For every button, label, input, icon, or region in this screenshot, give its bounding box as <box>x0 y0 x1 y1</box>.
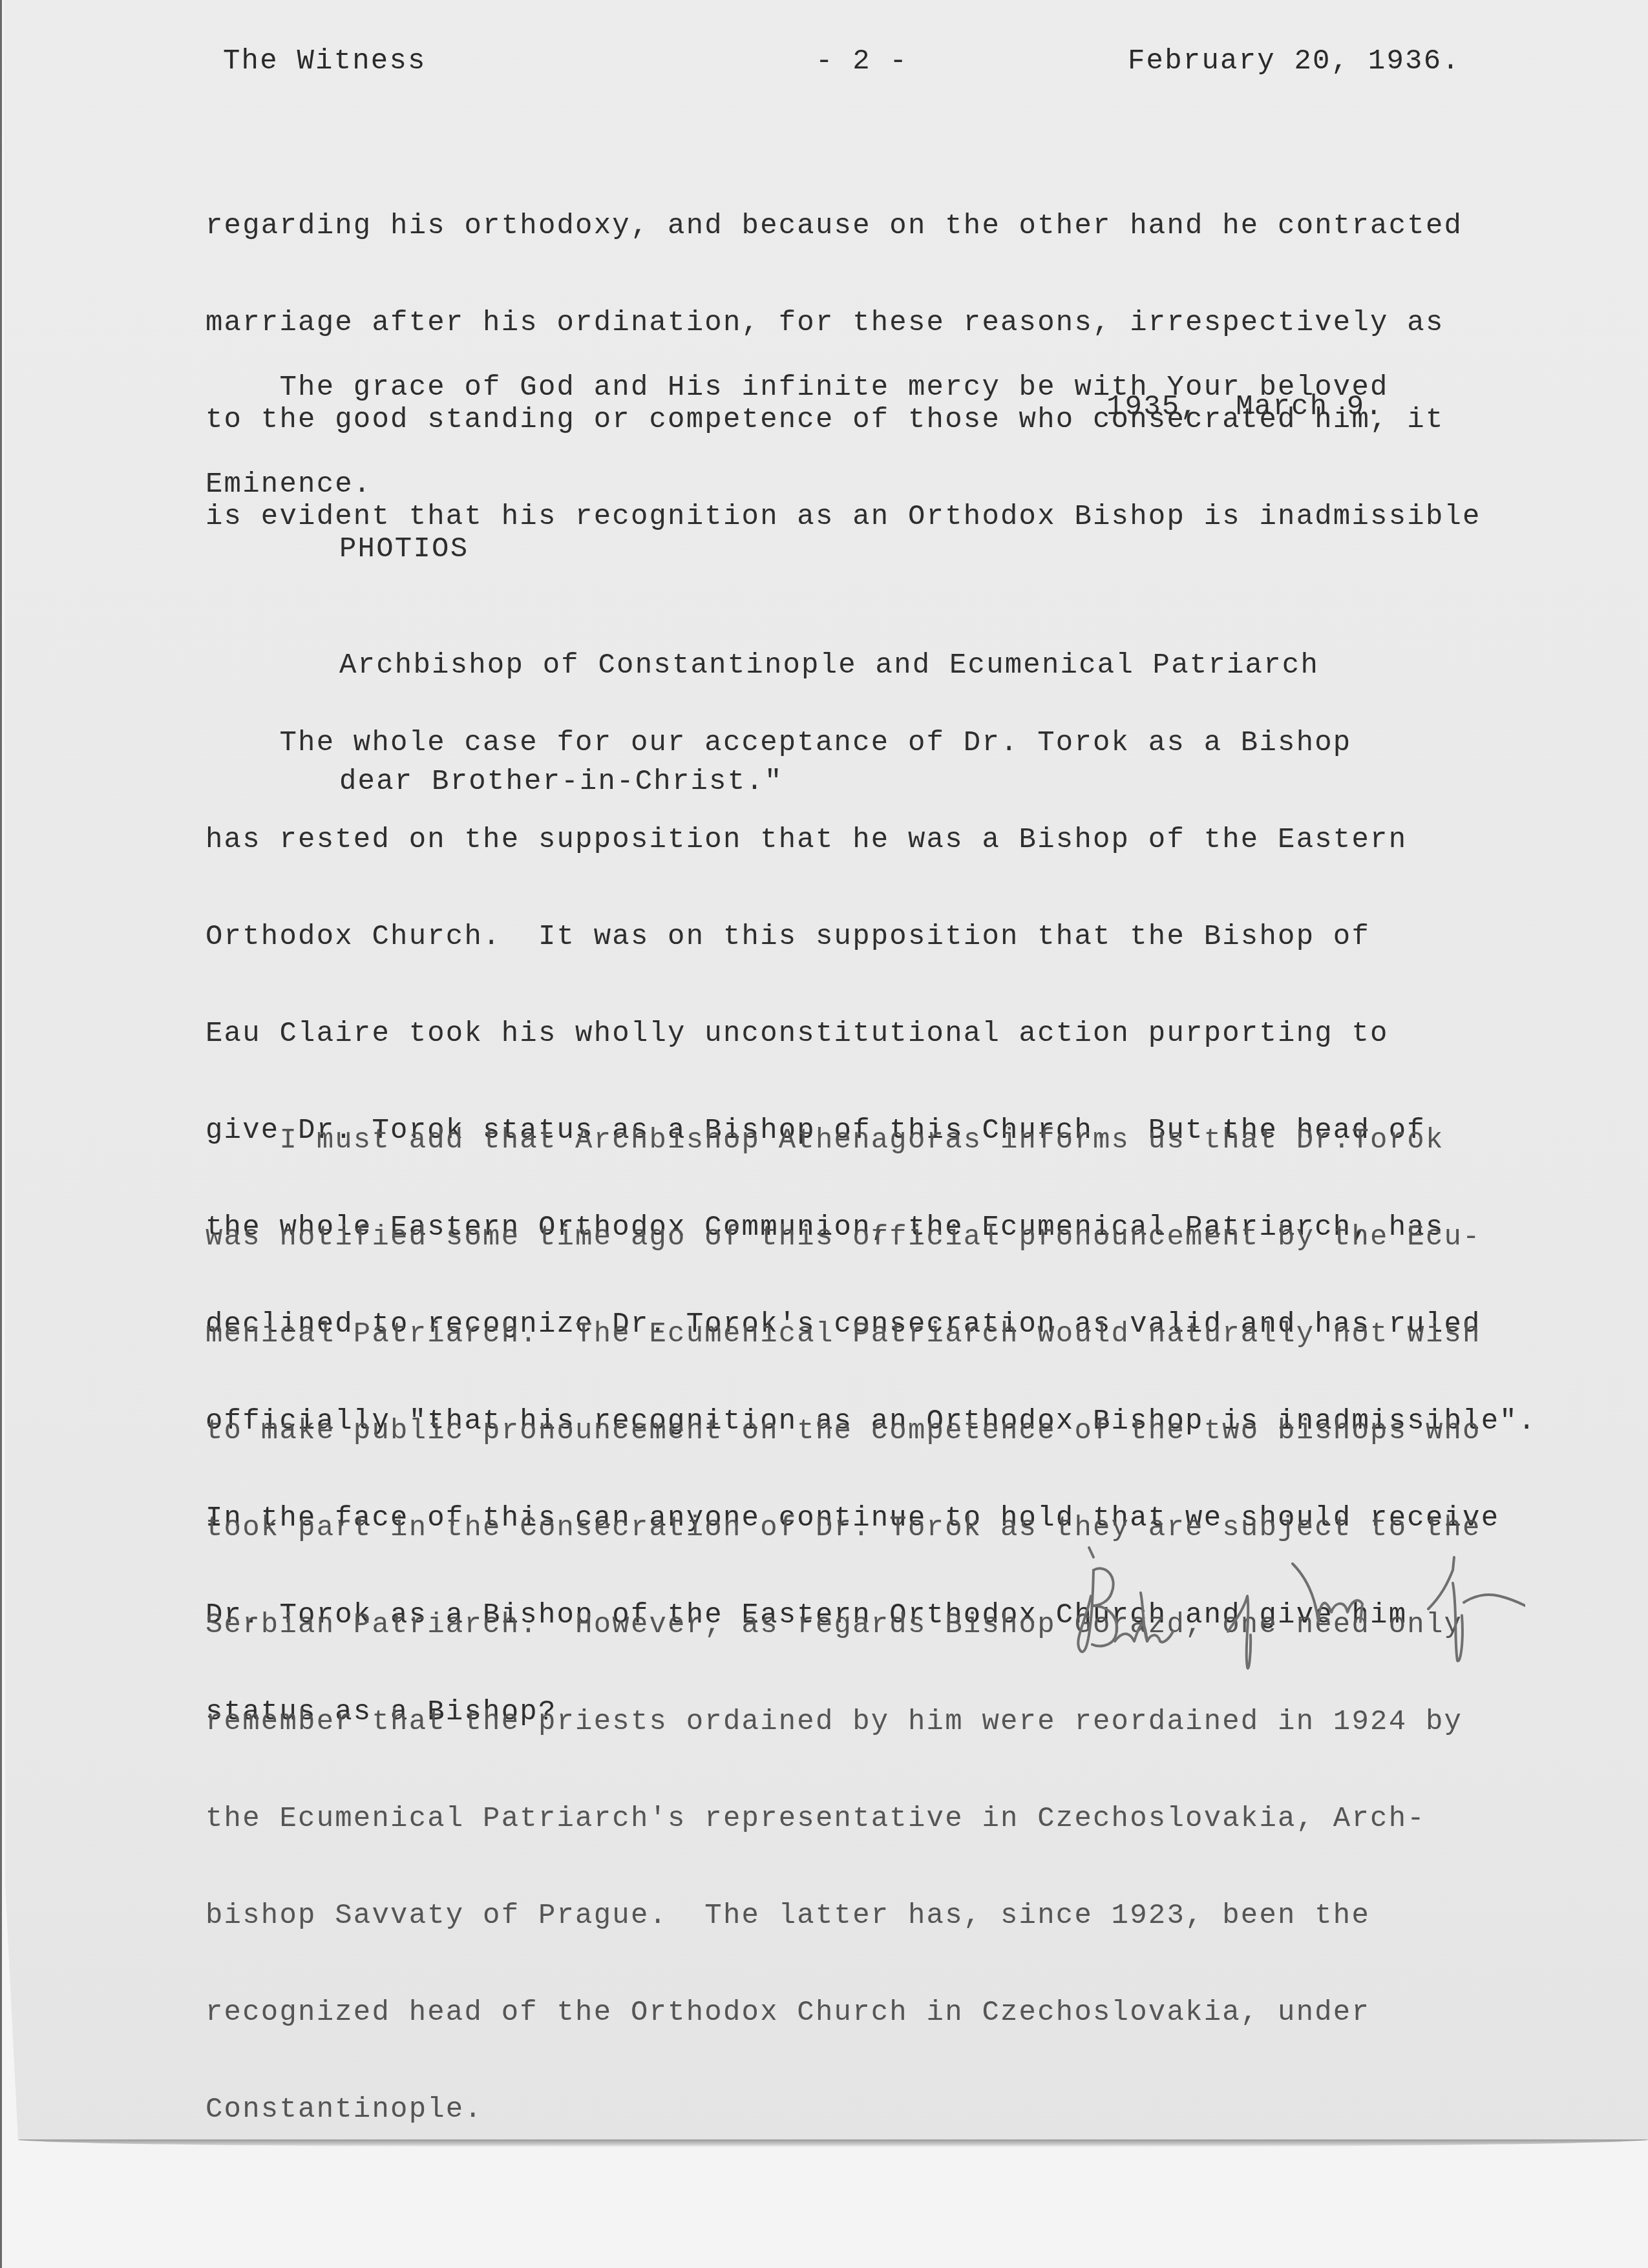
header-publication: The Witness <box>223 45 427 78</box>
text-line: Orthodox Church. It was on this supposit… <box>206 921 1537 953</box>
handwritten-signature: Bishop of New York <box>1060 1531 1525 1690</box>
text-line: remember that the priests ordained by hi… <box>206 1706 1481 1738</box>
text-line: was notified some time ago of this offic… <box>206 1221 1481 1254</box>
signatory-name: PHOTIOS <box>339 530 1319 569</box>
text-line: has rested on the supposition that he wa… <box>206 824 1537 856</box>
scan-edge-line <box>0 0 2 2268</box>
text-line: Eau Claire took his wholly unconstitutio… <box>206 1018 1537 1050</box>
text-line: I must add that Archbishop Athenagoras i… <box>206 1124 1481 1157</box>
text-line: to make public pronouncement on the comp… <box>206 1415 1481 1447</box>
text-line: regarding his orthodoxy, and because on … <box>206 210 1481 242</box>
text-line: Constantinople. <box>206 2094 1481 2126</box>
header-date: February 20, 1936. <box>1128 45 1461 78</box>
quoted-letter-date: 1935, March 9. <box>1106 391 1384 423</box>
text-line: the Ecumenical Patriarch's representativ… <box>206 1803 1481 1835</box>
text-line: bishop Savvaty of Prague. The latter has… <box>206 1900 1481 1932</box>
text-line: The whole case for our acceptance of Dr.… <box>206 727 1537 759</box>
text-line: recognized head of the Orthodox Church i… <box>206 1997 1481 2029</box>
text-line: menical Patriarch. The Ecumenical Patria… <box>206 1318 1481 1350</box>
header-page-number: - 2 - <box>816 45 908 78</box>
